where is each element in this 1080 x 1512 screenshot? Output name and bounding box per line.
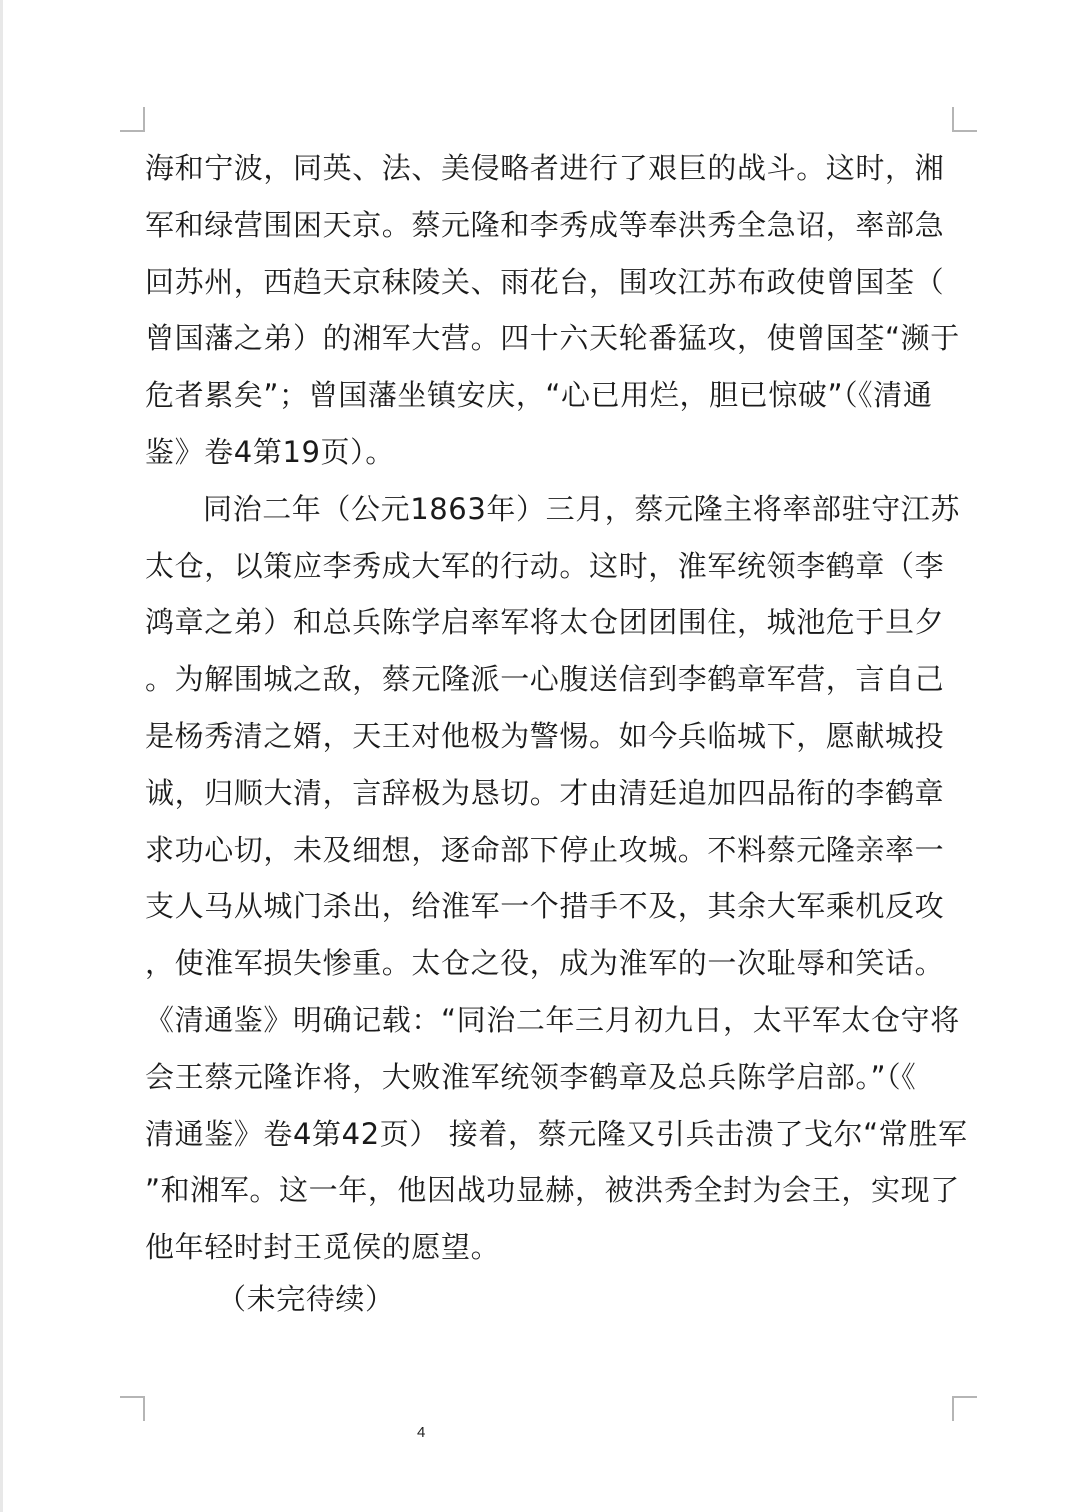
paragraph-start-line: 同治二年（公元1863年）三月，蔡元隆主将率部驻守江苏 [145, 481, 945, 538]
text-line: 危者累矣”；曾国藩坐镇安庆，“心已用烂，胆已惊破”（《清通 [145, 367, 945, 424]
text-line: 。为解围城之敌，蔡元隆派一心腹送信到李鹤章军营，言自己 [145, 651, 945, 708]
text-line: 鉴》卷4第19页）。 [145, 424, 945, 481]
page-number: 4 [417, 1424, 425, 1441]
crop-mark-bottom-right [952, 1396, 977, 1421]
text-line: 求功心切，未及细想，逐命部下停止攻城。不料蔡元隆亲率一 [145, 822, 945, 879]
crop-mark-top-left [120, 107, 145, 132]
to-be-continued-note: （未完待续） [145, 1276, 945, 1322]
text-line: 支人马从城门杀出，给淮军一个措手不及，其余大军乘机反攻 [145, 878, 945, 935]
text-line: 曾国藩之弟）的湘军大营。四十六天轮番猛攻，使曾国荃“濒于 [145, 310, 945, 367]
text-line: 他年轻时封王觅侯的愿望。 [145, 1219, 945, 1276]
document-body: 海和宁波，同英、法、美侵略者进行了艰巨的战斗。这时，湘 军和绿营围困天京。蔡元隆… [145, 140, 945, 1322]
text-line: 是杨秀清之婿，天王对他极为警惕。如今兵临城下，愿献城投 [145, 708, 945, 765]
text-line: ，使淮军损失惨重。太仓之役，成为淮军的一次耻辱和笑话。 [145, 935, 945, 992]
text-line: 海和宁波，同英、法、美侵略者进行了艰巨的战斗。这时，湘 [145, 140, 945, 197]
text-line: 诚，归顺大清，言辞极为恳切。才由清廷追加四品衔的李鹤章 [145, 765, 945, 822]
text-line: 《清通鉴》明确记载：“同治二年三月初九日，太平军太仓守将 [145, 992, 945, 1049]
text-line: 太仓，以策应李秀成大军的行动。这时，淮军统领李鹤章（李 [145, 538, 945, 595]
text-line: 清通鉴》卷4第42页） 接着，蔡元隆又引兵击溃了戈尔“常胜军 [145, 1106, 945, 1163]
page-edge [0, 0, 3, 1512]
text-line: ”和湘军。这一年，他因战功显赫，被洪秀全封为会王，实现了 [145, 1162, 945, 1219]
crop-mark-bottom-left [120, 1396, 145, 1421]
text-line: 会王蔡元隆诈将，大败淮军统领李鹤章及总兵陈学启部。”（《 [145, 1049, 945, 1106]
crop-mark-top-right [952, 107, 977, 132]
text-line: 鸿章之弟）和总兵陈学启率军将太仓团团围住，城池危于旦夕 [145, 594, 945, 651]
text-line: 军和绿营围困天京。蔡元隆和李秀成等奉洪秀全急诏，率部急 [145, 197, 945, 254]
text-line: 回苏州，西趋天京秣陵关、雨花台，围攻江苏布政使曾国荃（ [145, 254, 945, 311]
